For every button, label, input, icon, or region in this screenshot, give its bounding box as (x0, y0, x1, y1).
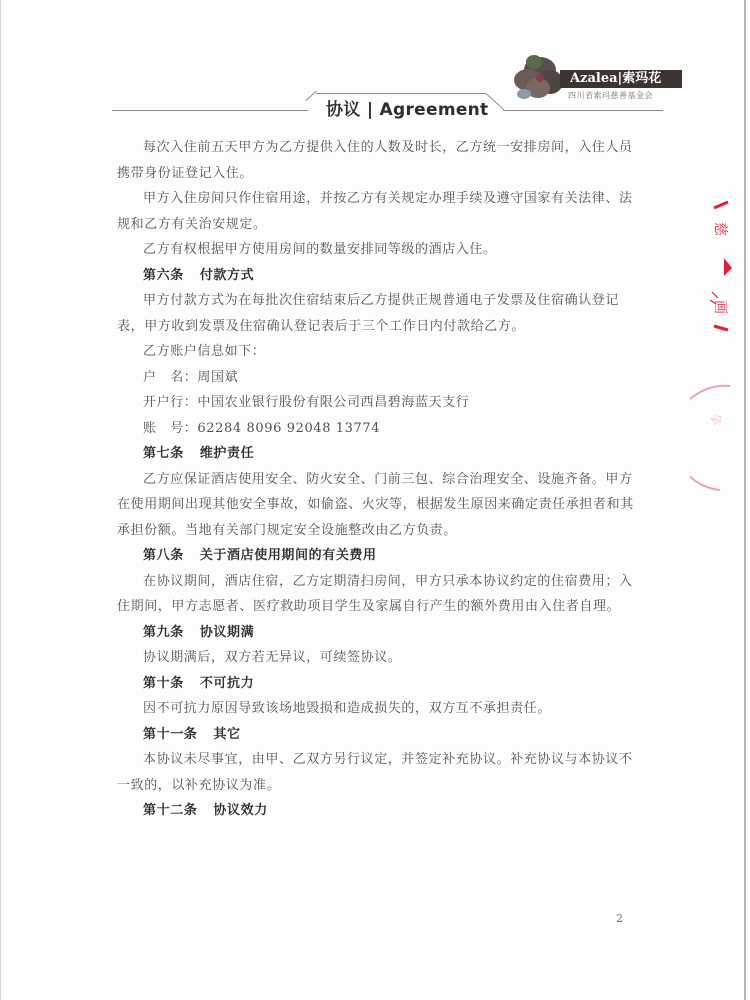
account-bank-row: 开户行：中国农业银行股份有限公司西昌碧海蓝天支行 (117, 390, 637, 416)
section-title: 其它 (213, 727, 240, 742)
section-heading-9: 第九条协议期满 (117, 620, 637, 646)
account-number-label: 账 号： (143, 421, 197, 436)
paragraph: 甲方入住房间只作住宿用途，并按乙方有关规定办理手续及遵守国家有关法律、法规和乙方… (117, 186, 637, 237)
paragraph: 乙方账户信息如下： (117, 339, 637, 365)
header-rule-left (112, 110, 308, 111)
paragraph: 乙方有权根据甲方使用房间的数量安排同等级的酒店入住。 (117, 237, 637, 263)
section-title: 不可抗力 (200, 676, 254, 691)
svg-text:会: 会 (708, 411, 726, 428)
logo-brand: Azalea|索玛花 (560, 70, 682, 88)
document-body: 每次入住前五天甲方为乙方提供入住的人数及时长，乙方统一安排房间，入住人员携带身份… (117, 135, 637, 824)
paragraph: 因不可抗力原因导致该场地毁损和造成损失的，双方互不承担责任。 (117, 696, 637, 722)
section-heading-6: 第六条付款方式 (117, 263, 637, 289)
section-number: 第十一条 (143, 727, 197, 742)
section-title: 协议效力 (213, 803, 267, 818)
section-heading-7: 第七条维护责任 (117, 441, 637, 467)
paragraph: 本协议未尽事宜，由甲、乙双方另行议定，并签定补充协议。补充协议与本协议不一致的，… (117, 747, 637, 798)
account-name-value: 周国斌 (197, 370, 238, 385)
header-rule-right (503, 110, 663, 111)
section-title: 付款方式 (200, 268, 254, 283)
account-name-row: 户 名：周国斌 (117, 365, 637, 391)
paragraph: 协议期满后，双方若无异议，可续签协议。 (117, 645, 637, 671)
section-heading-12: 第十二条协议效力 (117, 798, 637, 824)
section-heading-10: 第十条不可抗力 (117, 671, 637, 697)
section-number: 第七条 (143, 446, 184, 461)
account-bank-label: 开户行： (143, 395, 197, 410)
page-left-edge (0, 0, 1, 1000)
red-seal-fragment-icon: 慈 画 (698, 180, 738, 360)
logo-subtitle: 四川省索玛慈善基金会 (568, 90, 653, 101)
paragraph: 每次入住前五天甲方为乙方提供入住的人数及时长，乙方统一安排房间，入住人员携带身份… (117, 135, 637, 186)
account-number-row: 账 号：62284 8096 92048 13774 (117, 416, 637, 442)
section-title: 维护责任 (200, 446, 254, 461)
account-bank-value: 中国农业银行股份有限公司西昌碧海蓝天支行 (197, 395, 469, 410)
section-heading-11: 第十一条其它 (117, 722, 637, 748)
section-number: 第九条 (143, 625, 184, 640)
svg-text:画: 画 (712, 300, 728, 314)
account-number-value: 62284 8096 92048 13774 (197, 421, 380, 436)
section-heading-8: 第八条关于酒店使用期间的有关费用 (117, 543, 637, 569)
paragraph: 在协议期间，酒店住宿，乙方定期清扫房间，甲方只承本协议约定的住宿费用；入住期间，… (117, 569, 637, 620)
section-number: 第十二条 (143, 803, 197, 818)
section-title: 关于酒店使用期间的有关费用 (200, 548, 377, 563)
pink-seal-fragment-icon: 会 (690, 380, 740, 500)
svg-text:慈: 慈 (712, 222, 728, 236)
page-title: 协议 | Agreement (326, 95, 489, 120)
header-rule-top (316, 93, 486, 94)
account-name-label: 户 名： (143, 370, 197, 385)
page-right-edge (744, 0, 746, 1000)
section-title: 协议期满 (200, 625, 254, 640)
foundation-logo: Azalea|索玛花 四川省索玛慈善基金会 (510, 48, 680, 110)
page-number: 2 (616, 912, 623, 925)
section-number: 第十条 (143, 676, 184, 691)
section-number: 第六条 (143, 268, 184, 283)
paragraph: 甲方付款方式为在每批次住宿结束后乙方提供正规普通电子发票及住宿确认登记表，甲方收… (117, 288, 637, 339)
section-number: 第八条 (143, 548, 184, 563)
paragraph: 乙方应保证酒店使用安全、防火安全、门前三包、综合治理安全、设施齐备。甲方在使用期… (117, 467, 637, 544)
